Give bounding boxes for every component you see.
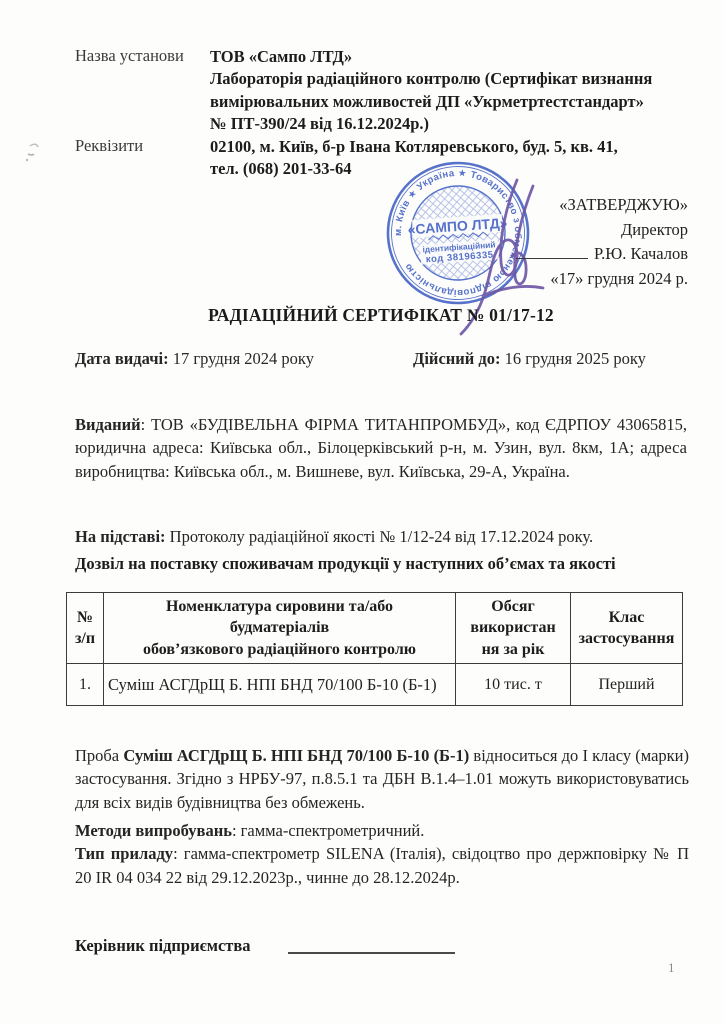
org-name-value: ТОВ «Сампо ЛТД» Лабораторія радіаційного… [210, 46, 690, 136]
approval-name-line: Р.Ю. Качалов [516, 242, 688, 267]
table-header-row: № з/п Номенклатура сировини та/або будма… [67, 593, 683, 664]
requisites-line: 02100, м. Київ, б-р Івана Котляревського… [210, 136, 690, 158]
sample-prefix: Проба [75, 746, 123, 765]
valid-until-label: Дійсний до: [413, 349, 501, 368]
org-name-row: Назва установи ТОВ «Сампо ЛТД» Лаборатор… [75, 46, 690, 136]
issued-to-label: Виданий [75, 415, 141, 434]
approval-word: «ЗАТВЕРДЖУЮ» [516, 193, 688, 218]
cell-class: Перший [571, 664, 683, 706]
approval-position: Директор [516, 218, 688, 243]
basis-label: На підставі: [75, 527, 166, 546]
scanned-certificate-page: { "doc": { "org": { "label": "Назва уста… [0, 0, 724, 1024]
footer-signature-line [288, 938, 455, 954]
issued-to-paragraph: Виданий: ТОВ «БУДІВЕЛЬНА ФІРМА ТИТАНПРОМ… [75, 413, 687, 484]
device-line: Тип приладу: гамма-спектрометр SILENA (І… [75, 842, 689, 889]
basis-text: Протоколу радіаційної якості № 1/12-24 в… [166, 527, 594, 546]
col-header-num: № з/п [67, 593, 104, 664]
valid-until-value: 16 грудня 2025 року [501, 349, 646, 368]
dates-row: Дата видачі: 17 грудня 2024 року Дійсний… [75, 349, 687, 369]
enterprise-head-label: Керівник підприємства [75, 936, 251, 956]
col-header-class: Клас застосування [571, 593, 683, 664]
issued-to-text: : ТОВ «БУДІВЕЛЬНА ФІРМА ТИТАНПРОМБУД», к… [75, 415, 687, 481]
issue-date: Дата видачі: 17 грудня 2024 року [75, 349, 314, 368]
signature-underline [516, 258, 588, 259]
methods-block: Методи випробувань: гамма-спектрометричн… [75, 819, 689, 889]
cell-num: 1. [67, 664, 104, 706]
methods-text: : гамма-спектрометричний. [232, 821, 424, 840]
materials-table: № з/п Номенклатура сировини та/або будма… [66, 592, 683, 706]
org-name-label: Назва установи [75, 46, 210, 136]
methods-line: Методи випробувань: гамма-спектрометричн… [75, 819, 689, 842]
approval-block: «ЗАТВЕРДЖУЮ» Директор Р.Ю. Качалов «17» … [516, 193, 688, 291]
col-header-volume: Обсяг використан ня за рік [456, 593, 571, 664]
approval-name: Р.Ю. Качалов [594, 244, 688, 263]
org-name-line: Лабораторія радіаційного контролю (Серти… [210, 68, 690, 90]
basis-line: На підставі: Протоколу радіаційної якост… [75, 525, 687, 549]
cell-nomenclature: Суміш АСГДрЩ Б. НПІ БНД 70/100 Б-10 (Б-1… [104, 664, 456, 706]
certificate-title: РАДІАЦІЙНИЙ СЕРТИФІКАТ № 01/17-12 [75, 305, 687, 326]
permission-line: Дозвіл на поставку споживачам продукції … [75, 554, 687, 574]
device-label: Тип приладу [75, 844, 173, 863]
org-name-line: ТОВ «Сампо ЛТД» [210, 46, 690, 68]
scan-artifact-mark [20, 140, 44, 186]
sample-name: Суміш АСГДрЩ Б. НПІ БНД 70/100 Б-10 (Б-1… [123, 746, 469, 765]
approval-date: «17» грудня 2024 р. [516, 267, 688, 292]
valid-until: Дійсний до: 16 грудня 2025 року [413, 349, 646, 369]
cell-volume: 10 тис. т [456, 664, 571, 706]
page-number: 1 [668, 960, 675, 976]
methods-label: Методи випробувань [75, 821, 232, 840]
requisites-label: Реквізити [75, 136, 210, 181]
table-row: 1. Суміш АСГДрЩ Б. НПІ БНД 70/100 Б-10 (… [67, 664, 683, 706]
issue-date-value: 17 грудня 2024 року [169, 349, 314, 368]
org-name-line: вимірювальних можливостей ДП «Укрметртес… [210, 91, 690, 113]
col-header-nomenclature: Номенклатура сировини та/або будматеріал… [104, 593, 456, 664]
sample-conclusion-paragraph: Проба Суміш АСГДрЩ Б. НПІ БНД 70/100 Б-1… [75, 744, 689, 815]
issue-date-label: Дата видачі: [75, 349, 169, 368]
org-name-line: № ПТ-390/24 від 16.12.2024р.) [210, 113, 690, 135]
